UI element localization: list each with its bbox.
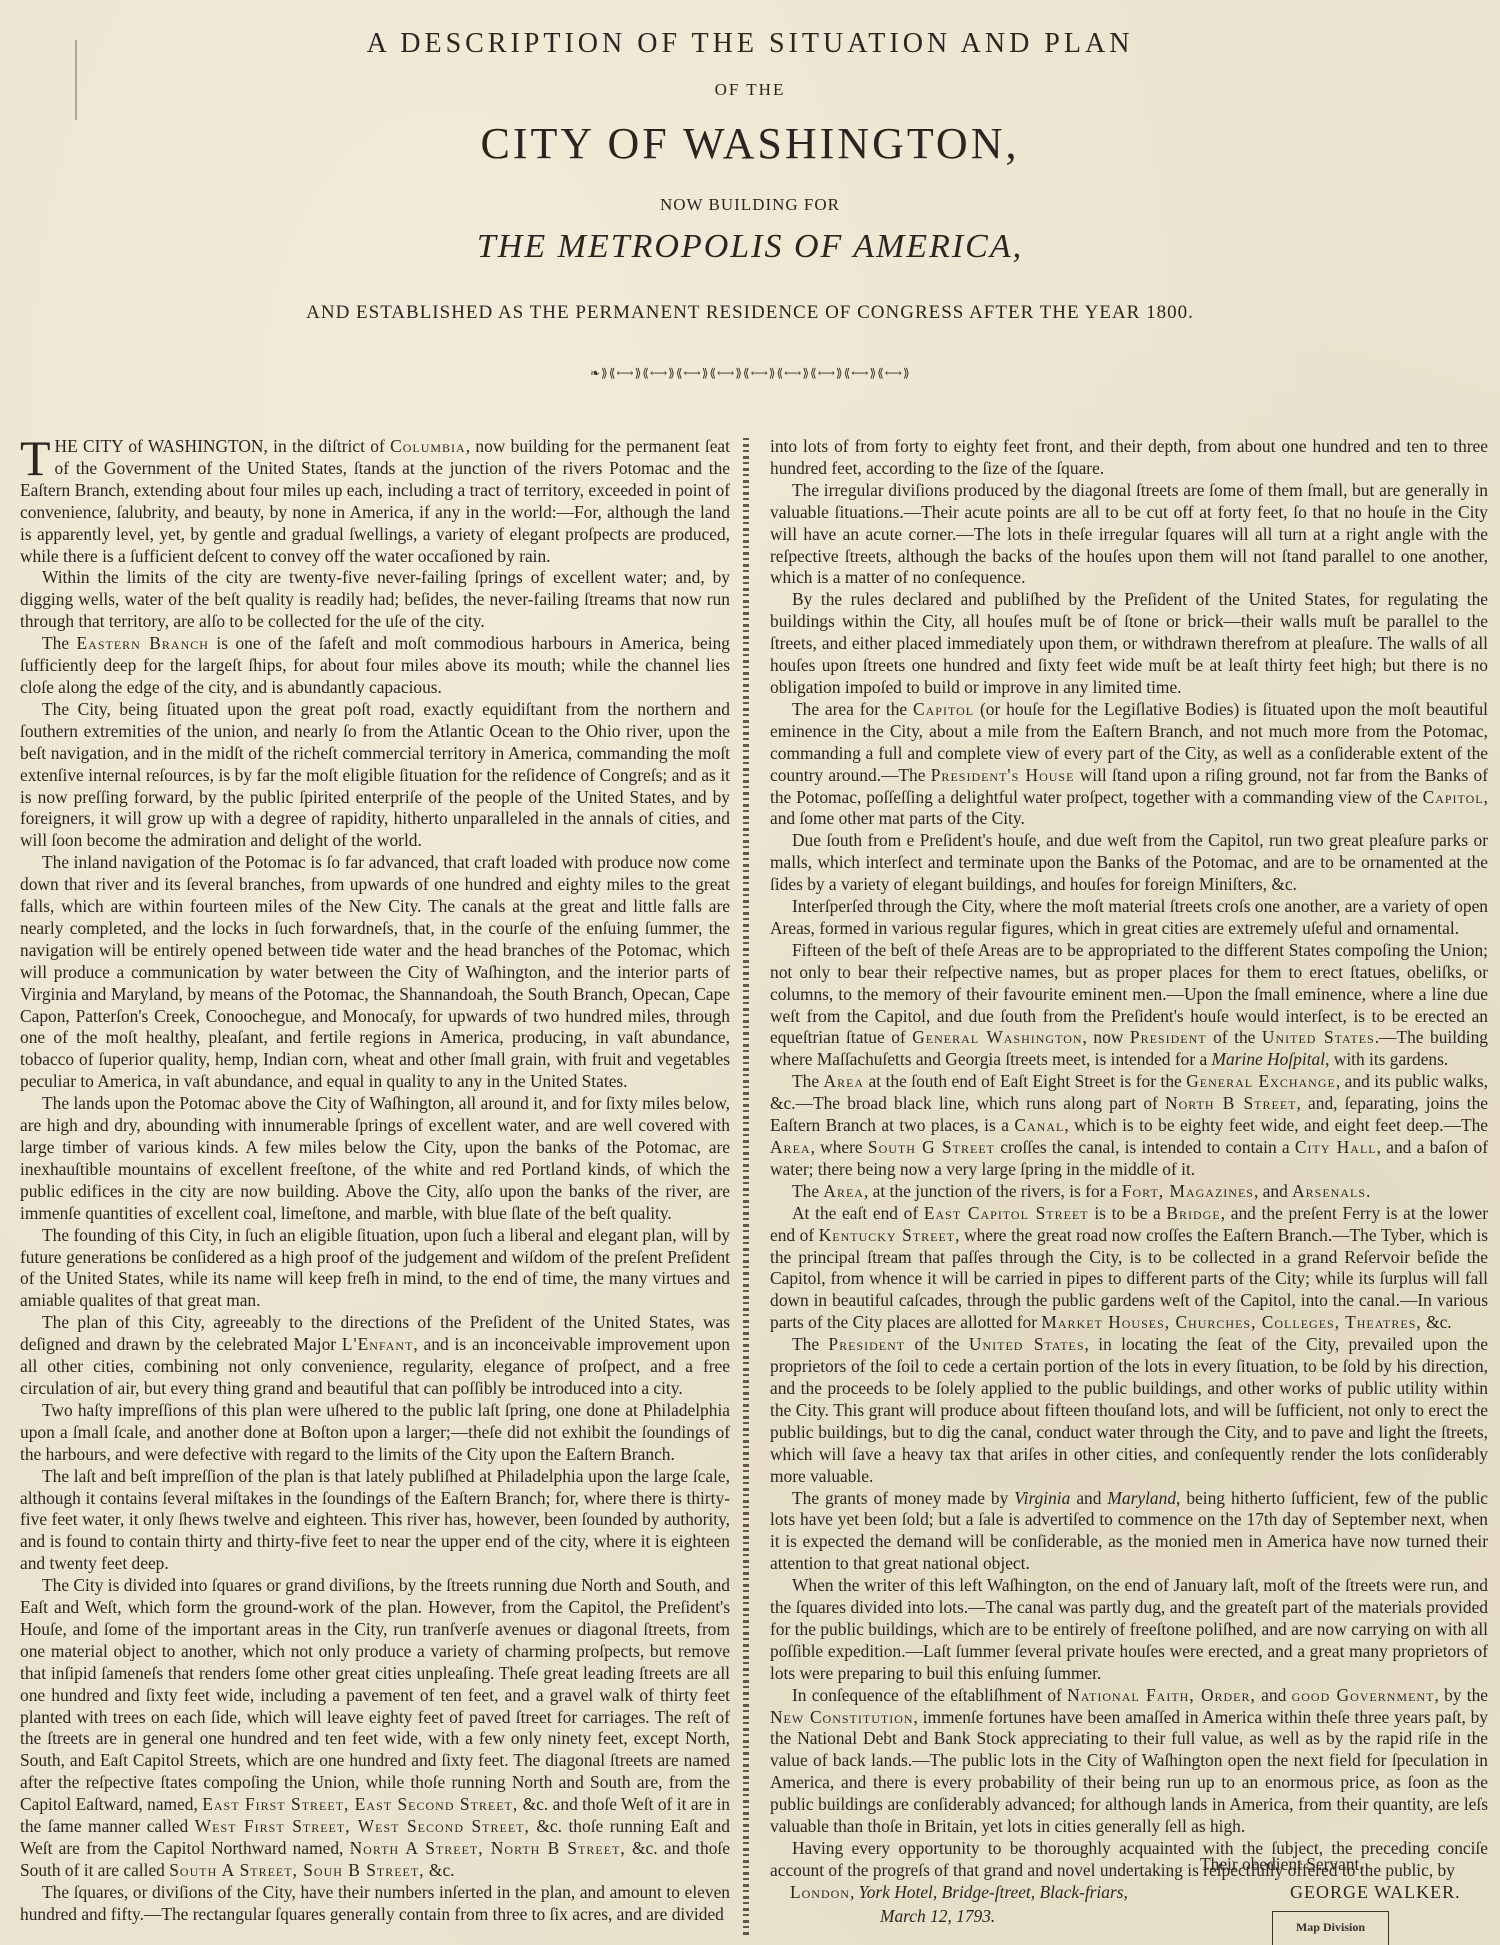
paragraph: The founding of this City, in ſuch an el… [20, 1225, 730, 1313]
broadside-page: A DESCRIPTION OF THE SITUATION AND PLAN … [0, 0, 1500, 1945]
paragraph: The Eastern Branch is one of the ſafeſt … [20, 633, 730, 699]
title-line-residence: AND ESTABLISHED AS THE PERMANENT RESIDEN… [0, 302, 1500, 324]
title-line-description: A DESCRIPTION OF THE SITUATION AND PLAN [0, 28, 1500, 60]
paragraph: The City, being ſituated upon the great … [20, 699, 730, 852]
paragraph: Due ſouth from e Preſident's houſe, and … [770, 830, 1488, 896]
paragraph: The plan of this City, agreeably to the … [20, 1312, 730, 1400]
title-city-of-washington: CITY OF WASHINGTON, [0, 118, 1500, 169]
paragraph: Two haſty impreſſions of this plan were … [20, 1400, 730, 1466]
paragraph: The Area, at the junction of the rivers,… [770, 1181, 1488, 1203]
paragraph: Fifteen of the beſt of theſe Areas are t… [770, 940, 1488, 1071]
title-line-now-building: NOW BUILDING FOR [0, 195, 1500, 215]
place-line: London, York Hotel, Bridge-ſtreet, Black… [790, 1882, 1128, 1903]
paragraph: The grants of money made by Virginia and… [770, 1488, 1488, 1576]
ornament-divider-icon: ❧⟫⟪⟷⟫⟪⟷⟫⟪⟷⟫⟪⟷⟫⟪⟷⟫⟪⟷⟫⟪⟷⟫⟪⟷⟫⟪⟷⟫⟪⟷⟫ [590, 366, 910, 380]
closing-salutation: Their obedient Servant, [1200, 1854, 1364, 1875]
title-metropolis: THE METROPOLIS OF AMERICA, [0, 228, 1500, 266]
paragraph: When the writer of this left Waſhington,… [770, 1575, 1488, 1685]
paragraph: into lots of from forty to eighty feet f… [770, 436, 1488, 480]
paragraph: The laſt and beſt impreſſion of the plan… [20, 1466, 730, 1576]
paragraph: The lands upon the Potomac above the Cit… [20, 1093, 730, 1224]
paragraph: The inland navigation of the Potomac is … [20, 852, 730, 1093]
paragraph: The City is divided into ſquares or gran… [20, 1575, 730, 1882]
paragraph: The irregular diviſions produced by the … [770, 480, 1488, 590]
paragraph: The area for the Capitol (or houſe for t… [770, 699, 1488, 830]
author-signature: GEORGE WALKER. [1290, 1882, 1461, 1903]
paragraph: In conſequence of the eſtabliſhment of N… [770, 1685, 1488, 1838]
left-column: THE CITY of WASHINGTON, in the diſtrict … [20, 436, 730, 1926]
paragraph: Having every opportunity to be thoroughl… [770, 1838, 1488, 1882]
paragraph: The ſquares, or diviſions of the City, h… [20, 1882, 730, 1926]
right-column: into lots of from forty to eighty feet f… [770, 436, 1488, 1882]
paragraph: Within the limits of the city are twenty… [20, 567, 730, 633]
map-division-stamp: Map Division [1272, 1911, 1389, 1945]
paragraph: The President of the United States, in l… [770, 1334, 1488, 1487]
title-line-of-the: OF THE [0, 80, 1500, 100]
column-divider-ornament [739, 438, 753, 1938]
paragraph: THE CITY of WASHINGTON, in the diſtrict … [20, 436, 730, 567]
paragraph: The Area at the ſouth end of Eaſt Eight … [770, 1071, 1488, 1181]
paragraph: At the eaſt end of East Capitol Street i… [770, 1203, 1488, 1334]
paragraph: By the rules declared and publiſhed by t… [770, 589, 1488, 699]
date-line: March 12, 1793. [880, 1906, 995, 1927]
paragraph: Interſperſed through the City, where the… [770, 896, 1488, 940]
drop-cap: T [20, 438, 51, 478]
